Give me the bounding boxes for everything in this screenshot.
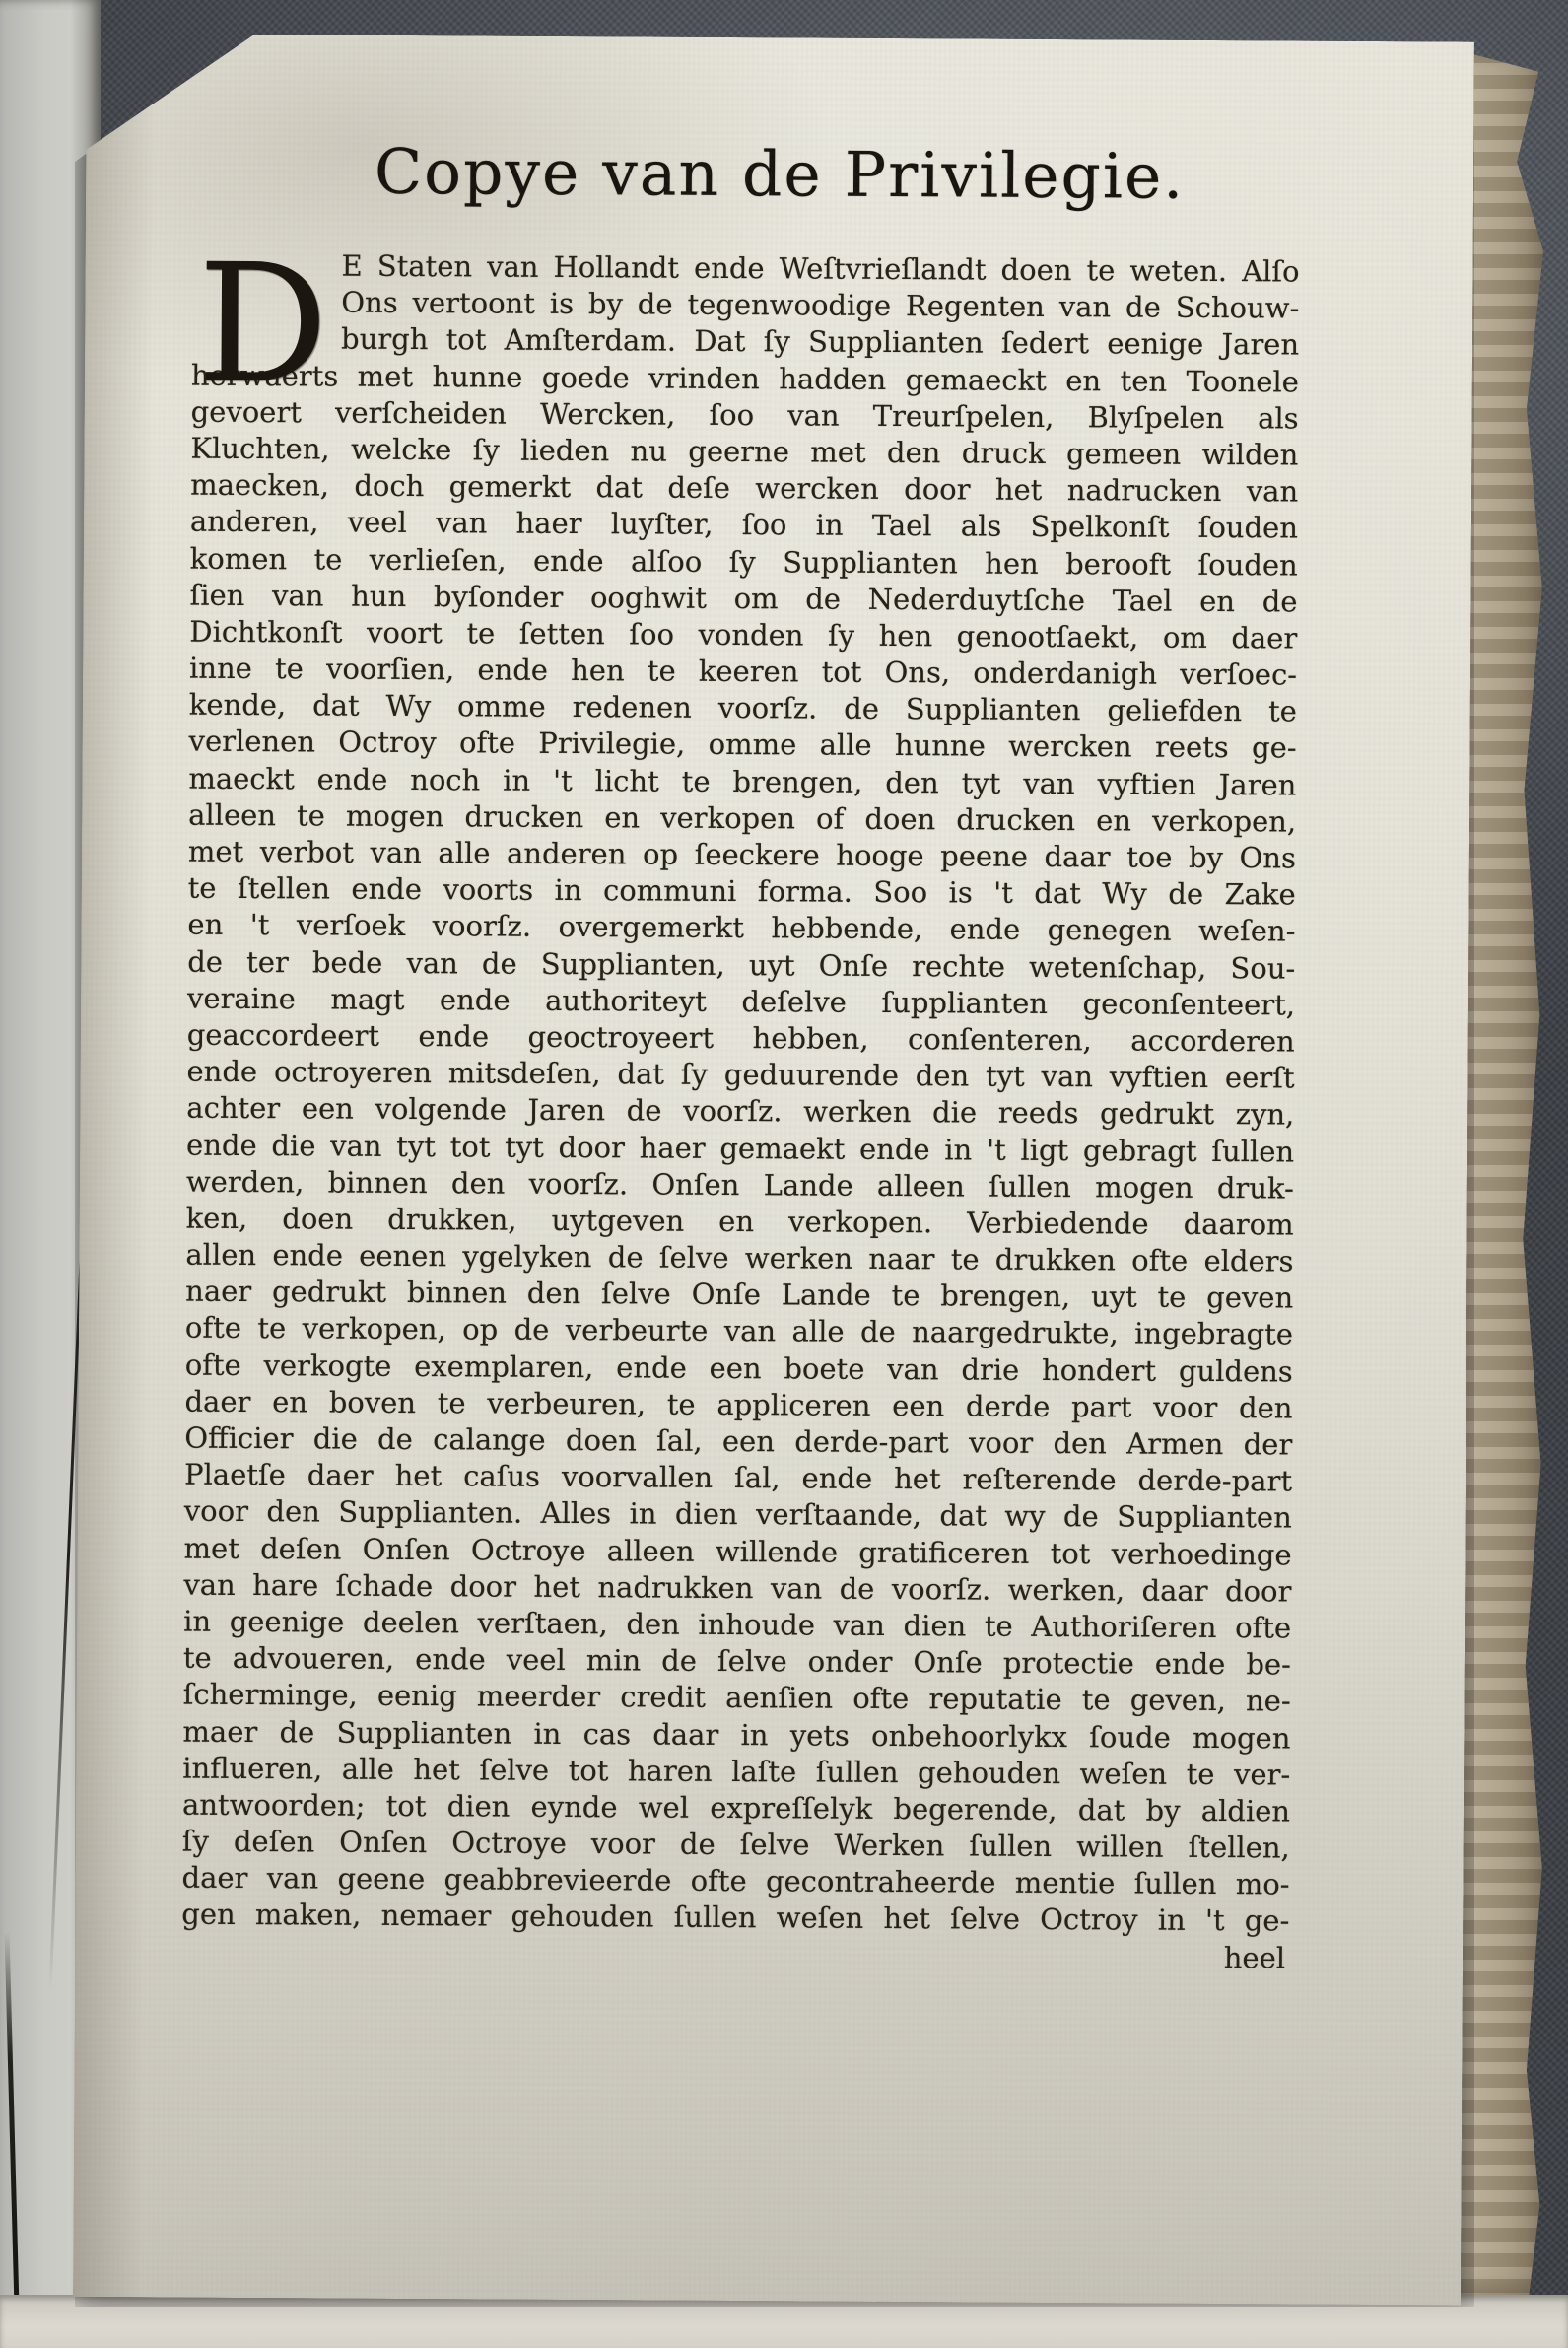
text-line: herwaerts met hunne goede vrinden hadden… — [191, 357, 1299, 400]
text-line: verlenen Octroy ofte Privilegie, omme al… — [188, 724, 1296, 767]
text-line: anderen, veel van haer luyſter, ſoo in T… — [190, 504, 1298, 547]
drop-cap-initial: D — [197, 243, 329, 408]
printed-page: Copye van de Privilegie. D E Staten van … — [73, 34, 1474, 2306]
book-photo: Copye van de Privilegie. D E Staten van … — [0, 0, 1568, 2348]
text-line: burgh tot Amſterdam. Dat ſy Supplianten … — [191, 320, 1299, 364]
text-line: ende die van tyt tot tyt door haer gemae… — [186, 1127, 1294, 1170]
text-line: de ter bede van de Supplianten, uyt Onſe… — [187, 943, 1295, 987]
body-text: D E Staten van Hollandt ende Weſtvrieſla… — [181, 247, 1300, 1977]
text-line: achter een volgende Jaren de voorſz. wer… — [186, 1090, 1294, 1134]
text-line: met deſen Onſen Octroye alleen willende … — [184, 1530, 1292, 1573]
text-line: ſcherminge, eenig meerder credit aenſien… — [183, 1677, 1291, 1720]
text-line: voor den Supplianten. Alles in dien verſ… — [184, 1493, 1292, 1537]
text-line: maer de Supplianten in cas daar in yets … — [182, 1713, 1290, 1757]
text-line: gen maken, nemaer gehouden ſullen weſen … — [181, 1897, 1289, 1940]
text-line: komen te verlieſen, ende alſoo ſy Suppli… — [190, 540, 1298, 584]
catchword: heel — [181, 1933, 1289, 1976]
text-line: ofte te verkopen, op de verbeurte van al… — [185, 1310, 1293, 1353]
text-line: en 't verſoek voorſz. overgemerkt hebben… — [187, 907, 1295, 950]
